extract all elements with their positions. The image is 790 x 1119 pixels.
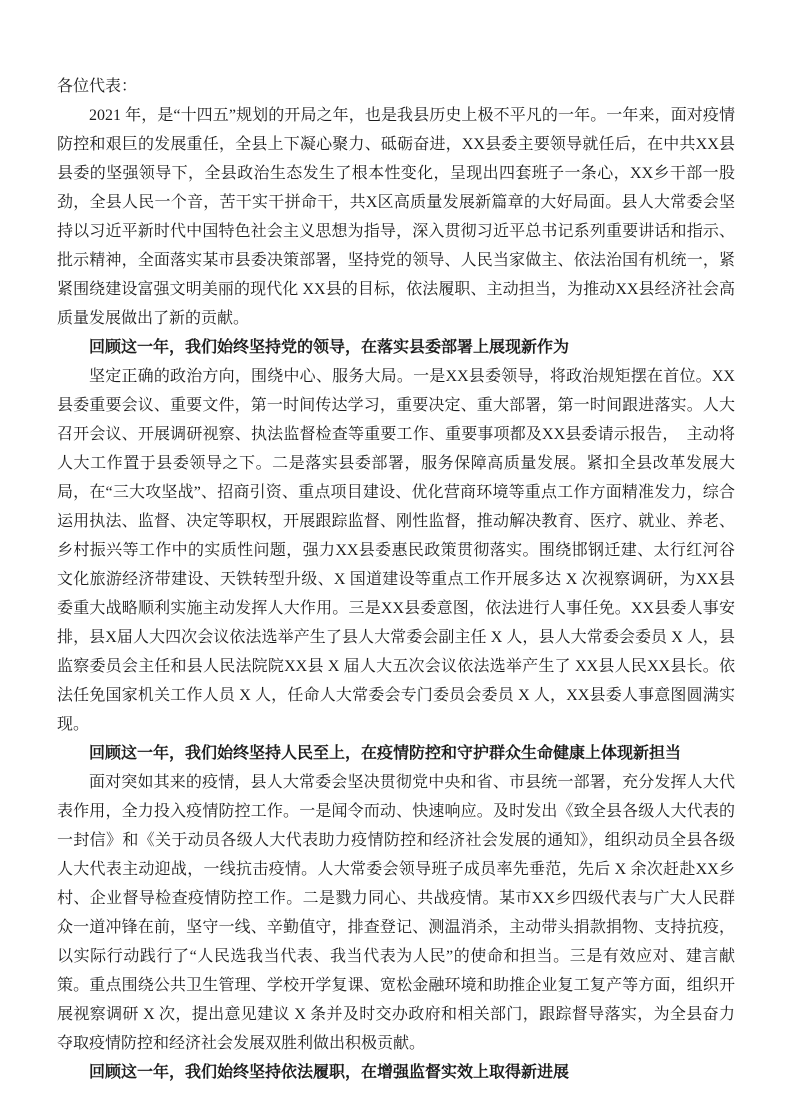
section-heading-people-first: 回顾这一年，我们始终坚持人民至上，在疫情防控和守护群众生命健康上体现新担当 xyxy=(57,739,735,768)
section-paragraph-party-leadership: 坚定正确的政治方向，围绕中心、服务大局。一是XX县委领导，将政治规矩摆在首位。X… xyxy=(57,362,735,739)
section-heading-party-leadership: 回顾这一年，我们始终坚持党的领导，在落实县委部署上展现新作为 xyxy=(57,333,735,362)
document-page: 各位代表： 2021 年，是“十四五”规划的开局之年，也是我县历史上极不平凡的一… xyxy=(0,0,790,1119)
section-paragraph-people-first: 面对突如其来的疫情，县人大常委会坚决贯彻党中央和省、市县统一部署，充分发挥人大代… xyxy=(57,768,735,1058)
document-body: 各位代表： 2021 年，是“十四五”规划的开局之年，也是我县历史上极不平凡的一… xyxy=(57,72,735,1087)
intro-paragraph: 2021 年，是“十四五”规划的开局之年，也是我县历史上极不平凡的一年。一年来，… xyxy=(57,101,735,333)
section-heading-lawful-duty: 回顾这一年，我们始终坚持依法履职，在增强监督实效上取得新进展 xyxy=(57,1058,735,1087)
salutation-line: 各位代表： xyxy=(57,72,735,101)
